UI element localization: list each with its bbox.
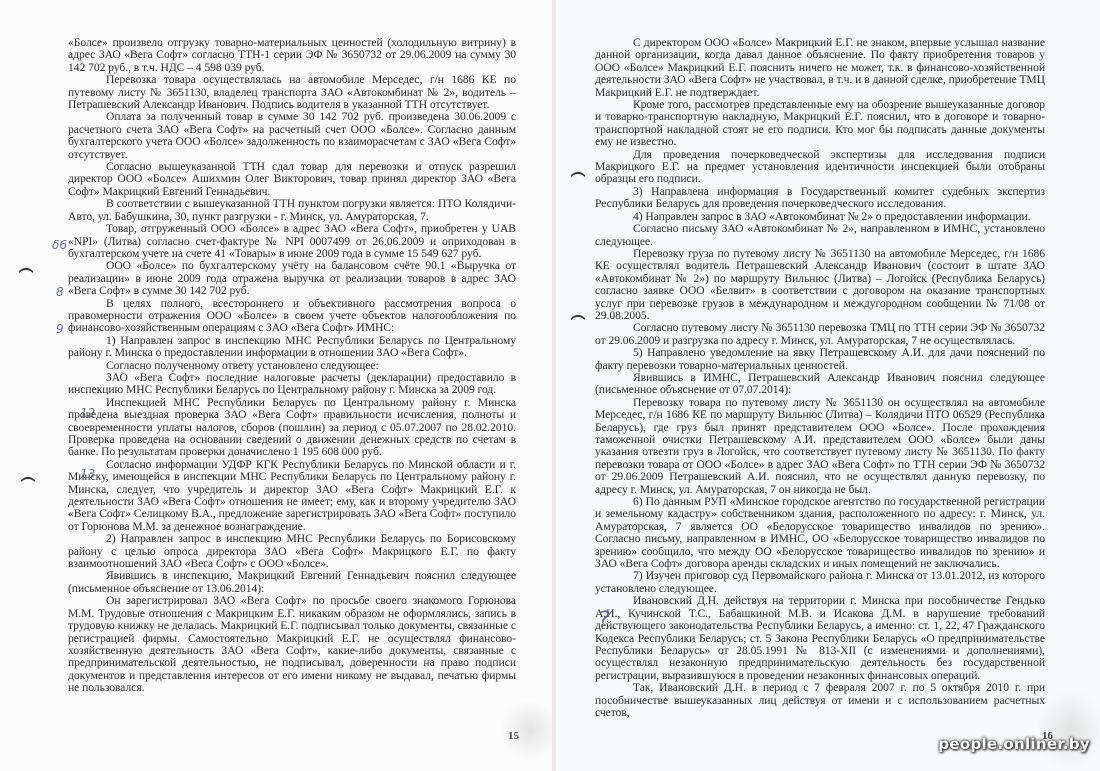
paragraph: ЗАО «Вега Софт» последние налоговые расч… xyxy=(68,372,516,397)
paragraph: С директором ООО «Болсе» Макрицкий Е.Г. … xyxy=(595,37,1045,99)
paragraph: Явившись в инспекцию, Макрицкий Евгений … xyxy=(68,570,516,595)
paragraph: В соответствии с вышеуказанной ТТН пункт… xyxy=(68,198,516,223)
handwritten-note: 12 xyxy=(80,406,95,420)
paragraph: 3) Направлена информация в Государственн… xyxy=(595,186,1045,211)
handwritten-note: 8 xyxy=(56,285,64,299)
document-page-15: «Болсе» произвело отгрузку товарно-матер… xyxy=(0,0,552,771)
paragraph: Перевозку груза по путевому листу № 3651… xyxy=(595,248,1045,322)
paragraph: Явившись в ИМНС, Петрашевский Александр … xyxy=(595,372,1045,397)
paragraph: В целях полного, всестороннего и объекти… xyxy=(68,298,516,335)
paragraph: Перевозка товара осуществлялась на автом… xyxy=(68,74,516,111)
document-page-16: С директором ООО «Болсе» Макрицкий Е.Г. … xyxy=(556,0,1100,771)
paragraph: Согласно письму ЗАО «Автокомбинат № 2», … xyxy=(595,223,1045,248)
binder-hole-icon xyxy=(569,315,587,333)
paragraph: 7) Изучен приговор суд Первомайского рай… xyxy=(595,570,1045,595)
paragraph: Товар, отгруженный ООО «Болсе» в адрес З… xyxy=(68,223,516,260)
paragraph: Оплата за полученный товар в сумме 30 14… xyxy=(68,111,516,161)
paragraph: Согласно информации УДФР КГК Республики … xyxy=(68,459,516,533)
page-16-body: С директором ООО «Болсе» Макрицкий Е.Г. … xyxy=(595,37,1045,719)
paragraph: 2) Направлен запрос в инспекцию МНС Респ… xyxy=(68,533,516,570)
page-15-body: «Болсе» произвело отгрузку товарно-матер… xyxy=(68,37,516,695)
paragraph: Ивановский Д.Н. действуя на территории г… xyxy=(595,595,1045,682)
paragraph: Так, Ивановский Д.Н. в период с 7 феврал… xyxy=(595,682,1045,719)
paragraph: 5) Направлено уведомление на явку Петраш… xyxy=(595,347,1045,372)
handwritten-note: δ6 xyxy=(52,238,67,252)
binder-hole-icon xyxy=(19,477,37,495)
handwritten-note: 13 xyxy=(80,467,95,481)
paragraph-underlined: Согласно вышеуказанной ТТН сдал товар дл… xyxy=(68,161,516,198)
paragraph: «Болсе» произвело отгрузку товарно-матер… xyxy=(68,37,516,74)
handwritten-question-mark: ? xyxy=(598,608,610,633)
paragraph: 1) Направлен запрос в инспекцию МНС Респ… xyxy=(68,335,516,360)
watermark: people.onliner.by xyxy=(938,735,1090,753)
paragraph: Для проведения почерковедческой эксперти… xyxy=(595,149,1045,186)
paragraph: Согласно путевому листу № 3651130 перево… xyxy=(595,322,1045,347)
paragraph: Он зарегистрировал ЗАО «Вега Софт» по пр… xyxy=(68,595,516,694)
handwritten-note: 9 xyxy=(56,322,64,336)
binder-hole-icon xyxy=(17,268,35,286)
paragraph: Перевозку товара по путевому листу № 365… xyxy=(595,397,1045,496)
scan-smudge xyxy=(500,700,552,760)
paragraph: 6) По данным РУП «Минское городское аген… xyxy=(595,496,1045,570)
scan-smudge xyxy=(1036,690,1100,770)
binder-hole-icon xyxy=(569,172,587,190)
paragraph: Кроме того, рассмотрев представленные ем… xyxy=(595,99,1045,149)
paragraph: ООО «Болсе» по бухгалтерскому учёту на б… xyxy=(68,260,516,297)
paragraph: Инспекцией МНС Республики Беларусь по Це… xyxy=(68,397,516,459)
